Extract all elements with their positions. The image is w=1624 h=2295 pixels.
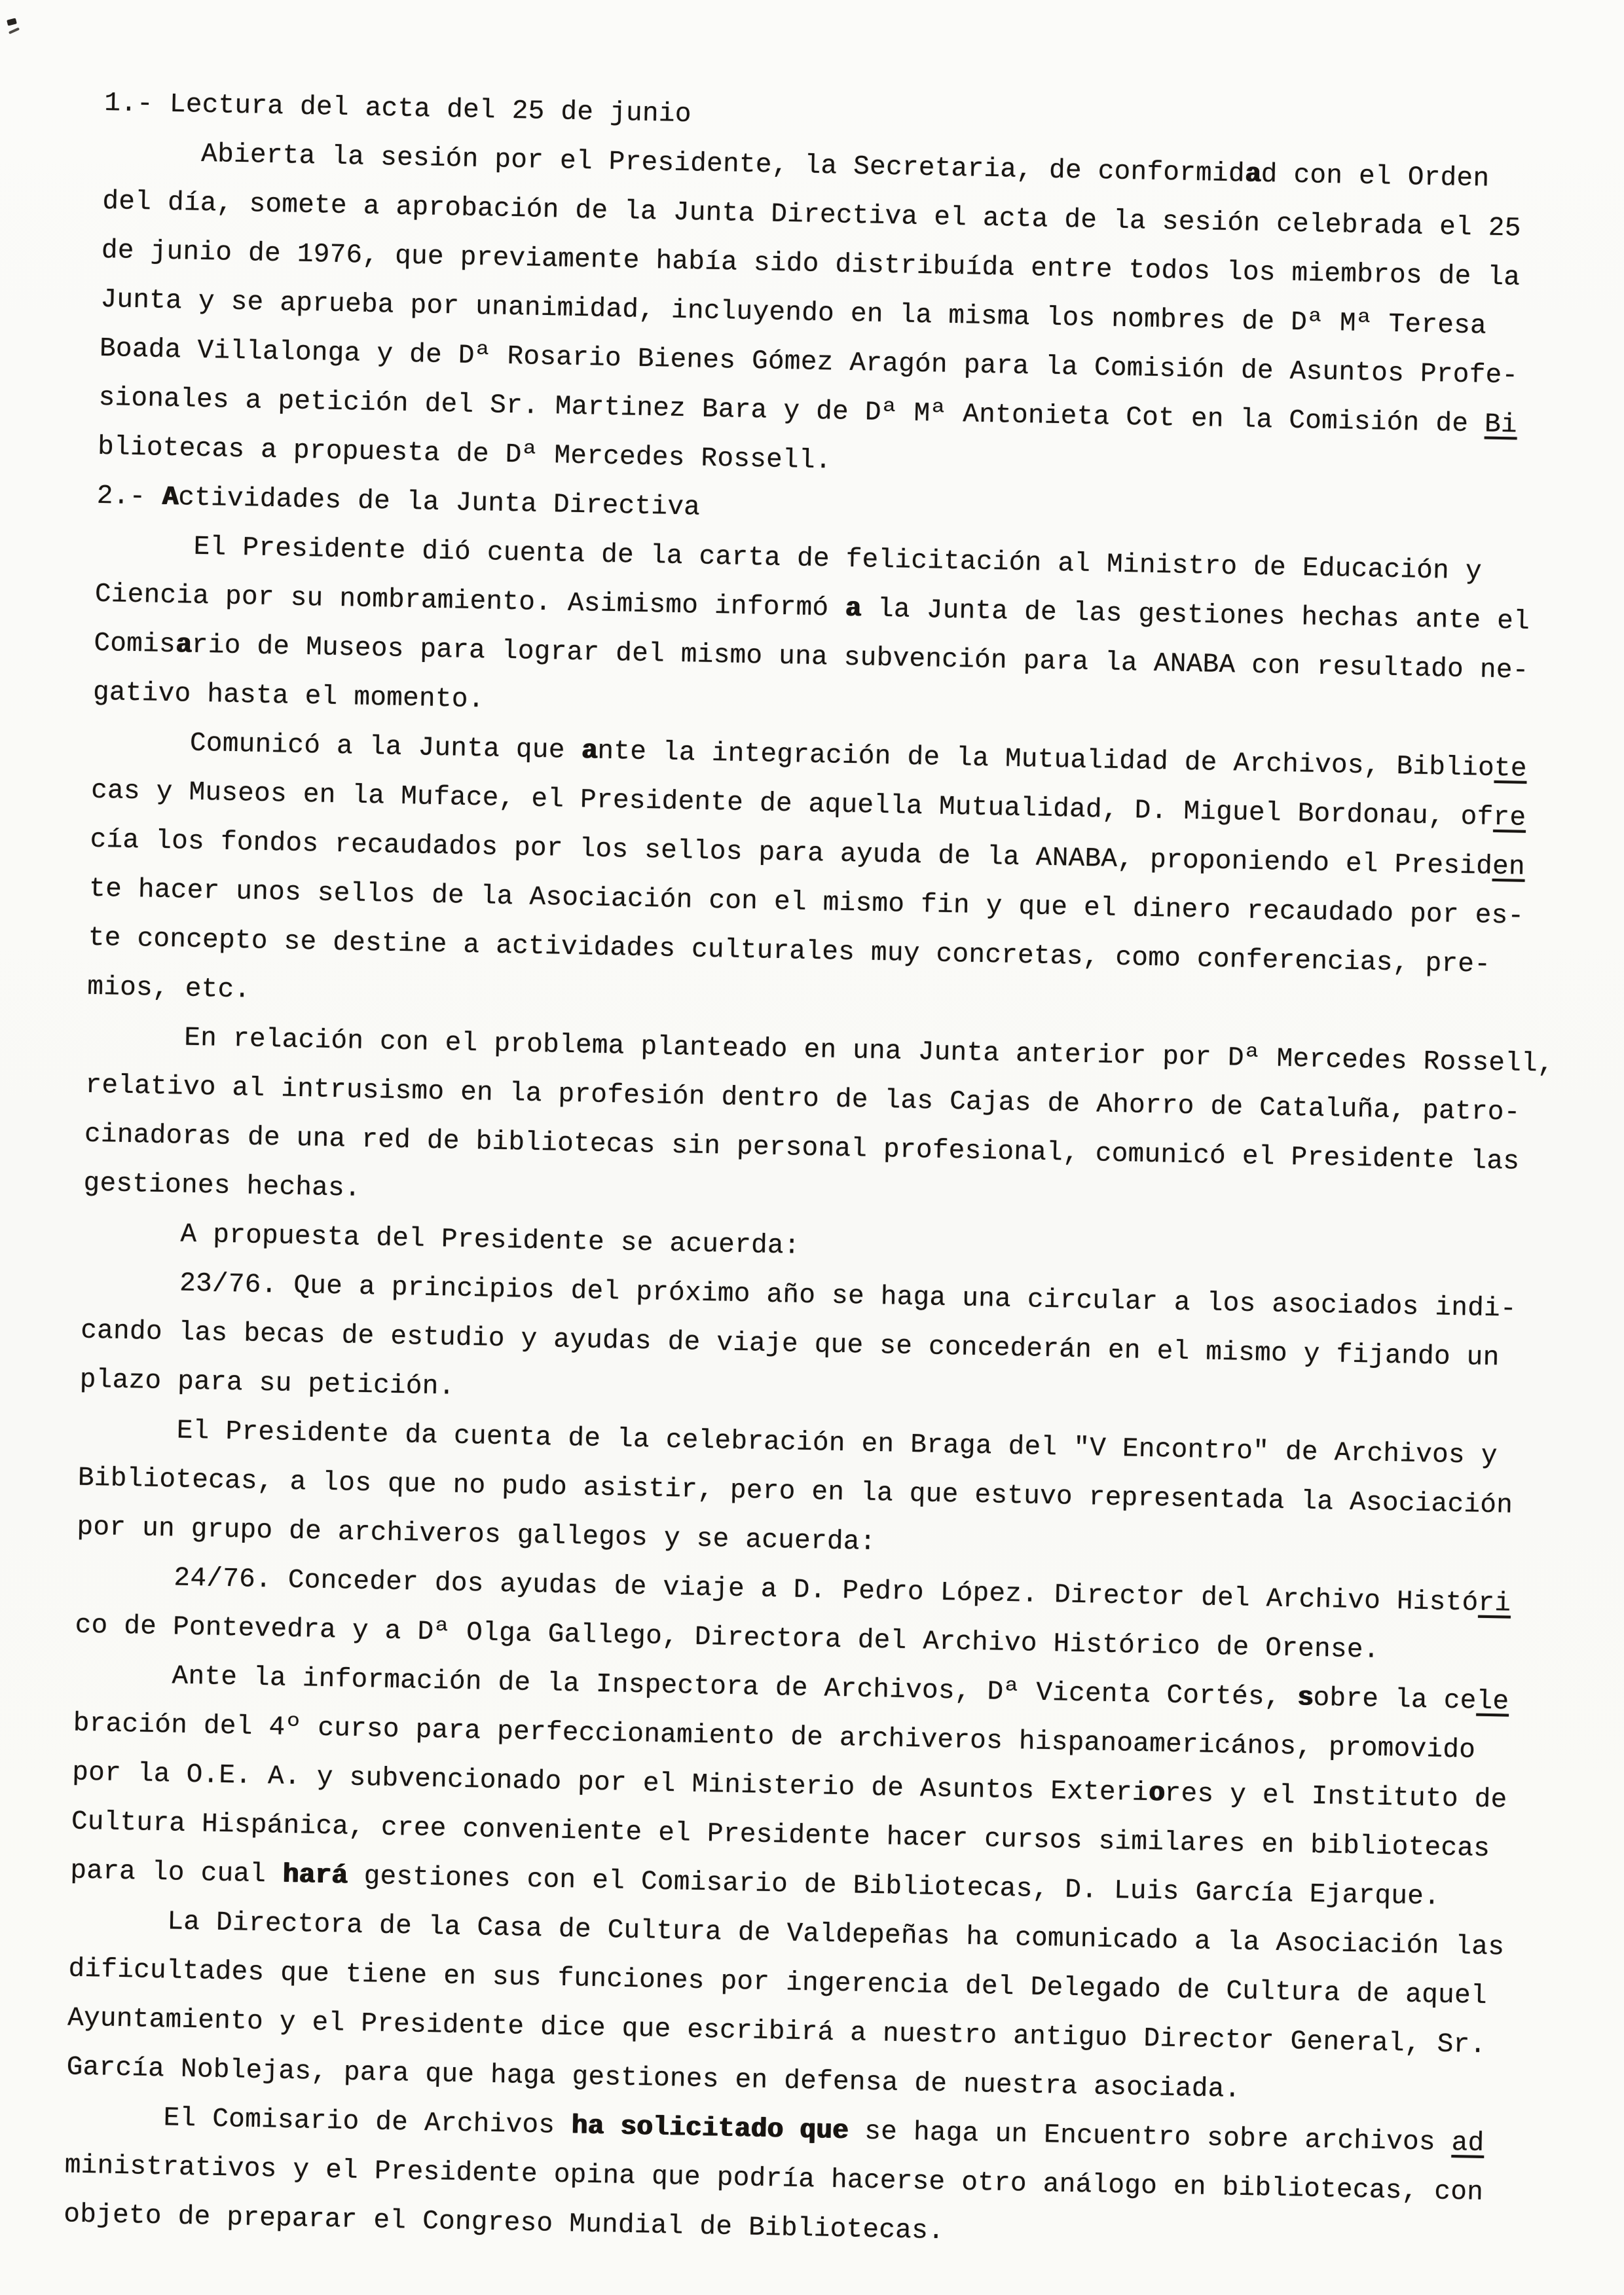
underlined-text: le	[1476, 1687, 1509, 1717]
underlined-text: re	[1493, 803, 1526, 834]
text-segment: gativo hasta el momento.	[93, 678, 485, 715]
underlined-text: en	[1492, 852, 1526, 883]
text-segment: para lo cual	[70, 1856, 283, 1890]
text-segment: Comunicó a la Junta que	[92, 727, 581, 766]
text-segment: Ciencia por su nombramiento. Asimismo in…	[94, 579, 845, 624]
overtyped-text: s	[1297, 1683, 1314, 1713]
overtyped-text: A	[162, 483, 179, 513]
text-segment: ctividades de la Junta Directiva	[178, 483, 701, 523]
text-segment: gestiones hechas.	[83, 1169, 361, 1204]
overtyped-text: a	[581, 736, 598, 766]
overtyped-text: hará	[282, 1860, 348, 1892]
overtyped-text: a	[845, 594, 862, 624]
document-text: 1.- Lectura del acta del 25 de junio Abi…	[64, 79, 1565, 2267]
underlined-text: ri	[1478, 1588, 1511, 1619]
text-segment: por un grupo de archiveros gallegos y se…	[77, 1513, 876, 1558]
text-segment: 2.-	[96, 481, 162, 513]
underlined-text: ad	[1451, 2128, 1485, 2159]
overtyped-text: a	[1244, 159, 1261, 189]
text-segment: A propuesta del Presidente se acuerda:	[83, 1218, 800, 1262]
text-segment: obre la ce	[1313, 1683, 1477, 1717]
text-segment: plazo para su petición.	[79, 1365, 455, 1403]
scan-smudge	[7, 18, 17, 26]
scanned-page: 1.- Lectura del acta del 25 de junio Abi…	[0, 0, 1624, 2295]
text-segment: objeto de preparar el Congreso Mundial d…	[64, 2199, 944, 2247]
underlined-text: Bi	[1485, 410, 1518, 441]
scan-smudge	[9, 28, 20, 35]
text-segment: nte la integración de la Mutualidad de A…	[597, 737, 1494, 784]
overtyped-text: o	[1148, 1778, 1165, 1808]
text-segment: mios, etc.	[87, 972, 251, 1006]
underlined-text: te	[1494, 754, 1528, 784]
overtyped-text: a	[175, 630, 193, 660]
text-segment: la Junta de las gestiones hechas ante el	[861, 594, 1530, 637]
text-segment: se haga un Encuentro sobre archivos	[848, 2116, 1452, 2158]
text-segment: 1.- Lectura del acta del 25 de junio	[104, 88, 692, 130]
text-segment: Comis	[94, 629, 175, 660]
text-segment: bliotecas a propuesta de Dª Mercedes Ros…	[98, 432, 832, 477]
text-segment: El Comisario de Archivos	[65, 2101, 572, 2141]
overtyped-text: ha solicitado que	[571, 2111, 849, 2146]
text-segment: d con el Orden	[1261, 160, 1489, 194]
text-segment: res y el Instituto de	[1164, 1779, 1507, 1816]
